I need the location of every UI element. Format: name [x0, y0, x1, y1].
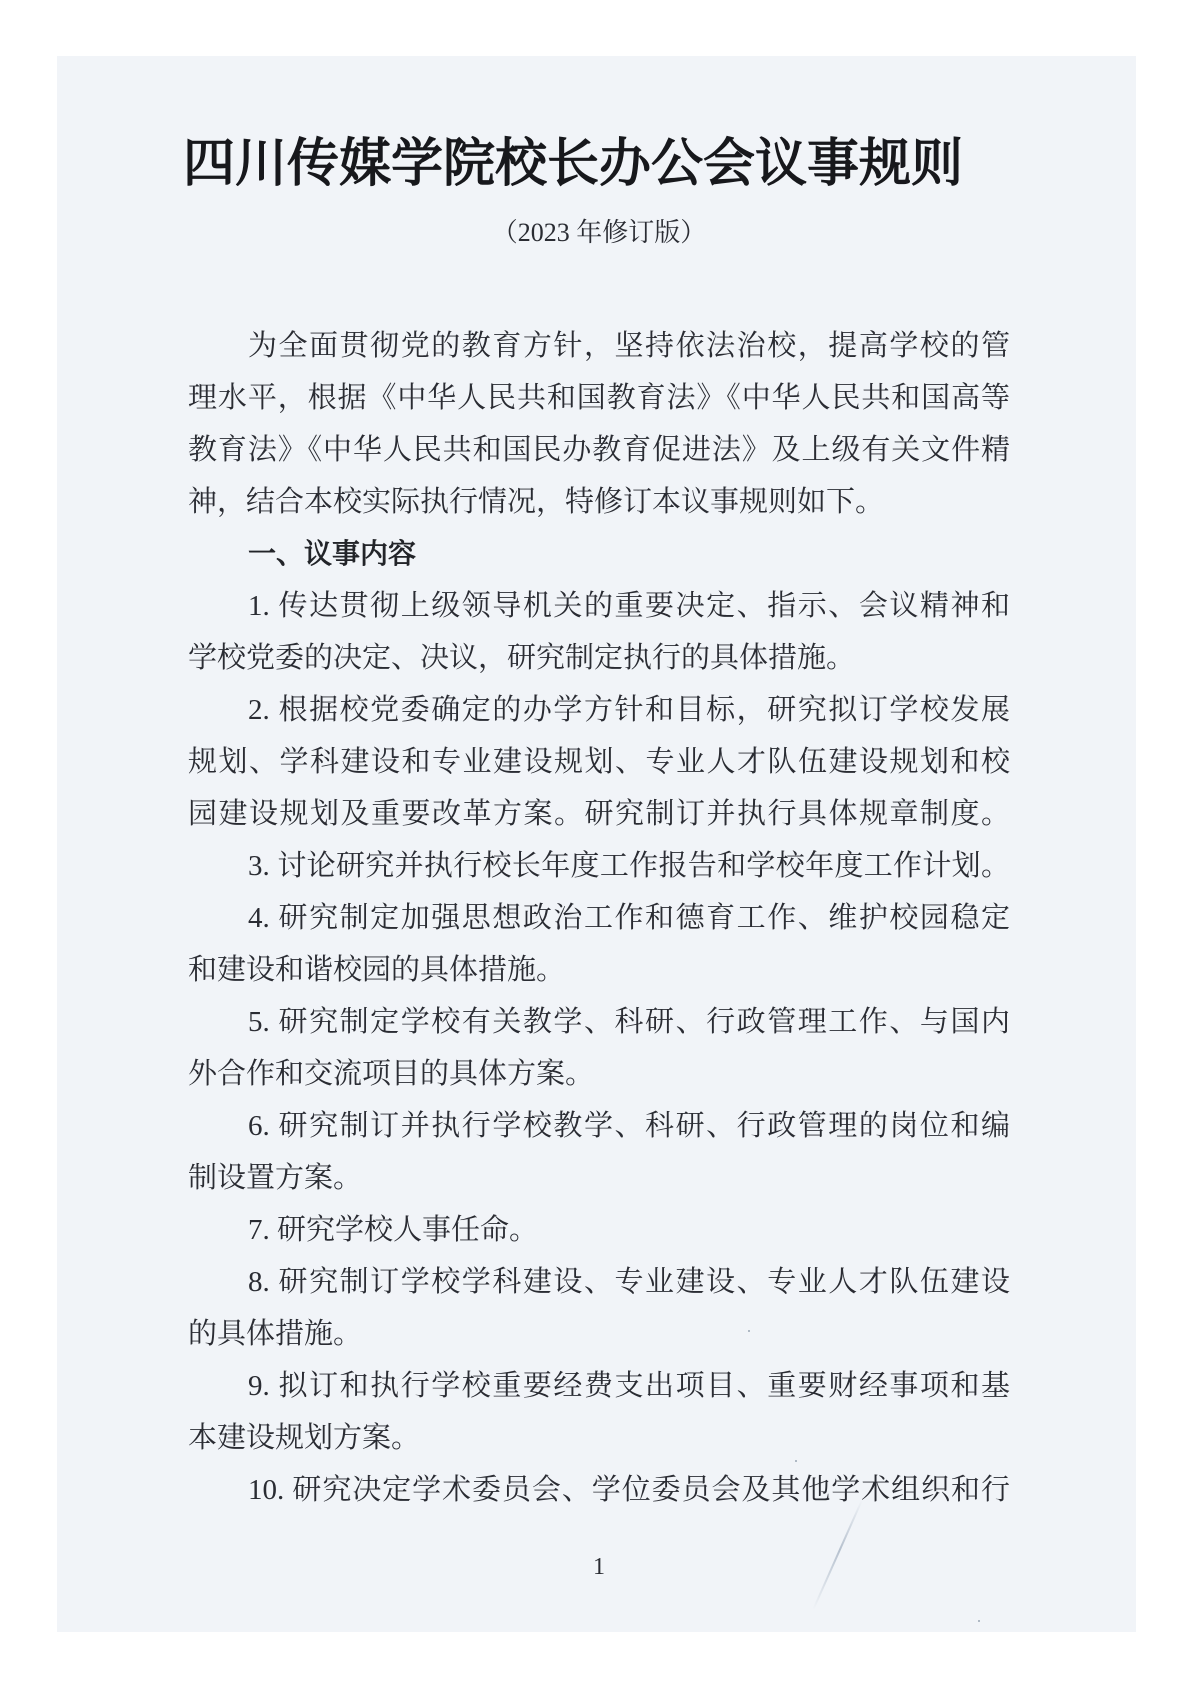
- paragraph-intro: 为全面贯彻党的教育方针，坚持依法治校，提高学校的管 理水平，根据《中华人民共和国…: [188, 320, 1010, 528]
- doc-line: 10. 研究决定学术委员会、学位委员会及其他学术组织和行: [188, 1464, 1010, 1516]
- doc-line: 1. 传达贯彻上级领导机关的重要决定、指示、会议精神和: [188, 580, 1010, 632]
- paragraph-item-5: 5. 研究制定学校有关教学、科研、行政管理工作、与国内 外合作和交流项目的具体方…: [188, 996, 1010, 1100]
- scanned-page: 四川传媒学院校长办公会议事规则 （2023 年修订版） 为全面贯彻党的教育方针，…: [57, 56, 1136, 1632]
- paragraph-section-heading-1: 一、议事内容: [188, 528, 1010, 580]
- doc-line: 6. 研究制订并执行学校教学、科研、行政管理的岗位和编: [188, 1100, 1010, 1152]
- doc-line: 规划、学科建设和专业建设规划、专业人才队伍建设规划和校: [188, 736, 1010, 788]
- doc-line: 5. 研究制定学校有关教学、科研、行政管理工作、与国内: [188, 996, 1010, 1048]
- doc-line: 本建设规划方案。: [188, 1412, 1010, 1464]
- doc-line: 为全面贯彻党的教育方针，坚持依法治校，提高学校的管: [188, 320, 1010, 372]
- doc-line: 教育法》《中华人民共和国民办教育促进法》及上级有关文件精: [188, 424, 1010, 476]
- paragraph-item-7: 7. 研究学校人事任命。: [188, 1204, 1010, 1256]
- scanned-document-screenshot: { "document": { "title": "四川传媒学院校长办公会议事规…: [0, 0, 1191, 1684]
- doc-line: 9. 拟订和执行学校重要经费支出项目、重要财经事项和基: [188, 1360, 1010, 1412]
- document-body: 为全面贯彻党的教育方针，坚持依法治校，提高学校的管 理水平，根据《中华人民共和国…: [188, 320, 1010, 1516]
- doc-line: 园建设规划及重要改革方案。研究制订并执行具体规章制度。: [188, 788, 1010, 840]
- paragraph-item-10: 10. 研究决定学术委员会、学位委员会及其他学术组织和行: [188, 1464, 1010, 1516]
- doc-line: 3. 讨论研究并执行校长年度工作报告和学校年度工作计划。: [188, 840, 1010, 892]
- doc-line: 的具体措施。: [188, 1308, 1010, 1360]
- doc-line: 学校党委的决定、决议，研究制定执行的具体措施。: [188, 632, 1010, 684]
- section-heading: 一、议事内容: [188, 528, 1010, 580]
- doc-line: 7. 研究学校人事任命。: [188, 1204, 1010, 1256]
- scan-speck: [880, 334, 883, 337]
- doc-line: 神，结合本校实际执行情况，特修订本议事规则如下。: [188, 476, 1010, 528]
- doc-line: 制设置方案。: [188, 1152, 1010, 1204]
- doc-line: 外合作和交流项目的具体方案。: [188, 1048, 1010, 1100]
- paragraph-item-3: 3. 讨论研究并执行校长年度工作报告和学校年度工作计划。: [188, 840, 1010, 892]
- doc-line: 2. 根据校党委确定的办学方针和目标，研究拟订学校发展: [188, 684, 1010, 736]
- doc-line: 8. 研究制订学校学科建设、专业建设、专业人才队伍建设: [188, 1256, 1010, 1308]
- paragraph-item-6: 6. 研究制订并执行学校教学、科研、行政管理的岗位和编 制设置方案。: [188, 1100, 1010, 1204]
- scan-speck: [795, 1460, 797, 1462]
- doc-line: 和建设和谐校园的具体措施。: [188, 944, 1010, 996]
- page-number: 1: [188, 1551, 1010, 1583]
- scan-speck: [978, 1620, 980, 1622]
- scan-speck: [748, 1330, 750, 1332]
- document-subtitle: （2023 年修订版）: [188, 214, 1010, 252]
- document-title: 四川传媒学院校长办公会议事规则: [162, 134, 984, 196]
- paragraph-item-8: 8. 研究制订学校学科建设、专业建设、专业人才队伍建设 的具体措施。: [188, 1256, 1010, 1360]
- paragraph-item-1: 1. 传达贯彻上级领导机关的重要决定、指示、会议精神和 学校党委的决定、决议，研…: [188, 580, 1010, 684]
- paragraph-item-4: 4. 研究制定加强思想政治工作和德育工作、维护校园稳定 和建设和谐校园的具体措施…: [188, 892, 1010, 996]
- doc-line: 4. 研究制定加强思想政治工作和德育工作、维护校园稳定: [188, 892, 1010, 944]
- paragraph-item-9: 9. 拟订和执行学校重要经费支出项目、重要财经事项和基 本建设规划方案。: [188, 1360, 1010, 1464]
- doc-line: 理水平，根据《中华人民共和国教育法》《中华人民共和国高等: [188, 372, 1010, 424]
- paragraph-item-2: 2. 根据校党委确定的办学方针和目标，研究拟订学校发展 规划、学科建设和专业建设…: [188, 684, 1010, 840]
